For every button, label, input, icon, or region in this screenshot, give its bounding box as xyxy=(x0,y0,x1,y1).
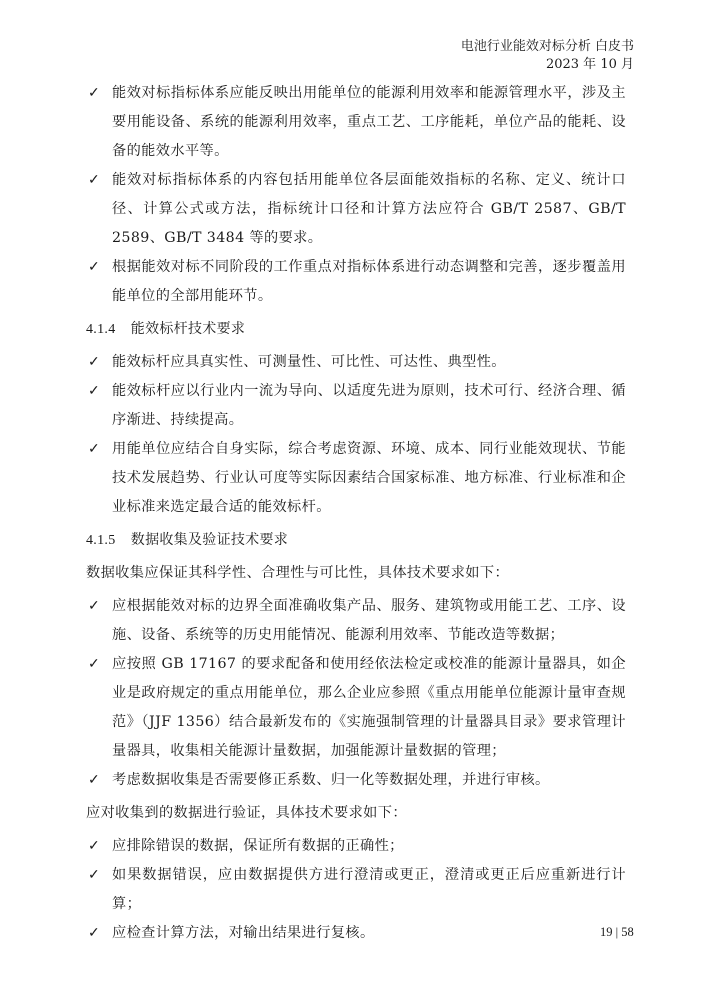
bullet-text: 应排除错误的数据，保证所有数据的正确性； xyxy=(112,838,404,854)
document-date: 2023 年 10 月 xyxy=(461,56,634,74)
check-icon: ✓ xyxy=(88,166,100,195)
check-icon: ✓ xyxy=(88,650,100,679)
bullet-item: ✓ 应按照 GB 17167 的要求配备和使用经依法检定或校准的能源计量器具，如… xyxy=(86,650,626,766)
section-title: 能效标杆技术要求 xyxy=(131,321,245,337)
bullet-text: 能效对标指标体系应能反映出用能单位的能源利用效率和能源管理水平，涉及主要用能设备… xyxy=(112,85,626,159)
page-content: ✓ 能效对标指标体系应能反映出用能单位的能源利用效率和能源管理水平，涉及主要用能… xyxy=(86,79,626,948)
check-icon: ✓ xyxy=(88,253,100,282)
page-header: 电池行业能效对标分析 白皮书 2023 年 10 月 xyxy=(461,38,634,74)
bullet-item: ✓ 能效标杆应具真实性、可测量性、可比性、可达性、典型性。 xyxy=(86,348,626,377)
check-icon: ✓ xyxy=(88,435,100,464)
paragraph: 数据收集应保证其科学性、合理性与可比性，具体技术要求如下： xyxy=(86,559,626,588)
bullet-text: 应根据能效对标的边界全面准确收集产品、服务、建筑物或用能工艺、工序、设施、设备、… xyxy=(112,598,626,643)
check-icon: ✓ xyxy=(88,861,100,890)
bullet-item: ✓ 应检查计算方法，对输出结果进行复核。 xyxy=(86,919,626,948)
check-icon: ✓ xyxy=(88,377,100,406)
bullet-text: 能效对标指标体系的内容包括用能单位各层面能效指标的名称、定义、统计口径、计算公式… xyxy=(112,172,626,246)
bullet-text: 用能单位应结合自身实际，综合考虑资源、环境、成本、同行业能效现状、节能技术发展趋… xyxy=(112,441,626,515)
section-heading-4-1-4: 4.1.4 能效标杆技术要求 xyxy=(86,319,626,340)
check-icon: ✓ xyxy=(88,348,100,377)
bullet-text: 根据能效对标不同阶段的工作重点对指标体系进行动态调整和完善，逐步覆盖用能单位的全… xyxy=(112,259,626,304)
bullet-item: ✓ 考虑数据收集是否需要修正系数、归一化等数据处理，并进行审核。 xyxy=(86,766,626,795)
page-number: 19 | 58 xyxy=(600,925,634,940)
check-icon: ✓ xyxy=(88,919,100,948)
bullet-text: 应按照 GB 17167 的要求配备和使用经依法检定或校准的能源计量器具，如企业… xyxy=(112,656,626,759)
check-icon: ✓ xyxy=(88,832,100,861)
bullet-item: ✓ 用能单位应结合自身实际，综合考虑资源、环境、成本、同行业能效现状、节能技术发… xyxy=(86,435,626,522)
check-icon: ✓ xyxy=(88,79,100,108)
bullet-item: ✓ 应排除错误的数据，保证所有数据的正确性； xyxy=(86,832,626,861)
bullet-item: ✓ 能效标杆应以行业内一流为导向、以适度先进为原则，技术可行、经济合理、循序渐进… xyxy=(86,377,626,435)
section-title: 数据收集及验证技术要求 xyxy=(131,532,288,548)
check-icon: ✓ xyxy=(88,592,100,621)
bullet-item: ✓ 根据能效对标不同阶段的工作重点对指标体系进行动态调整和完善，逐步覆盖用能单位… xyxy=(86,253,626,311)
bullet-item: ✓ 能效对标指标体系的内容包括用能单位各层面能效指标的名称、定义、统计口径、计算… xyxy=(86,166,626,253)
bullet-item: ✓ 如果数据错误，应由数据提供方进行澄清或更正，澄清或更正后应重新进行计算； xyxy=(86,861,626,919)
bullet-text: 应检查计算方法，对输出结果进行复核。 xyxy=(112,925,375,941)
bullet-text: 能效标杆应具真实性、可测量性、可比性、可达性、典型性。 xyxy=(112,354,506,370)
section-heading-4-1-5: 4.1.5 数据收集及验证技术要求 xyxy=(86,530,626,551)
bullet-item: ✓ 应根据能效对标的边界全面准确收集产品、服务、建筑物或用能工艺、工序、设施、设… xyxy=(86,592,626,650)
paragraph: 应对收集到的数据进行验证，具体技术要求如下： xyxy=(86,799,626,828)
section-number: 4.1.5 xyxy=(86,531,126,551)
check-icon: ✓ xyxy=(88,766,100,795)
bullet-text: 能效标杆应以行业内一流为导向、以适度先进为原则，技术可行、经济合理、循序渐进、持… xyxy=(112,383,626,428)
document-title: 电池行业能效对标分析 白皮书 xyxy=(461,38,634,56)
bullet-text: 考虑数据收集是否需要修正系数、归一化等数据处理，并进行审核。 xyxy=(112,772,550,788)
bullet-text: 如果数据错误，应由数据提供方进行澄清或更正，澄清或更正后应重新进行计算； xyxy=(112,867,626,912)
section-number: 4.1.4 xyxy=(86,320,126,340)
bullet-item: ✓ 能效对标指标体系应能反映出用能单位的能源利用效率和能源管理水平，涉及主要用能… xyxy=(86,79,626,166)
